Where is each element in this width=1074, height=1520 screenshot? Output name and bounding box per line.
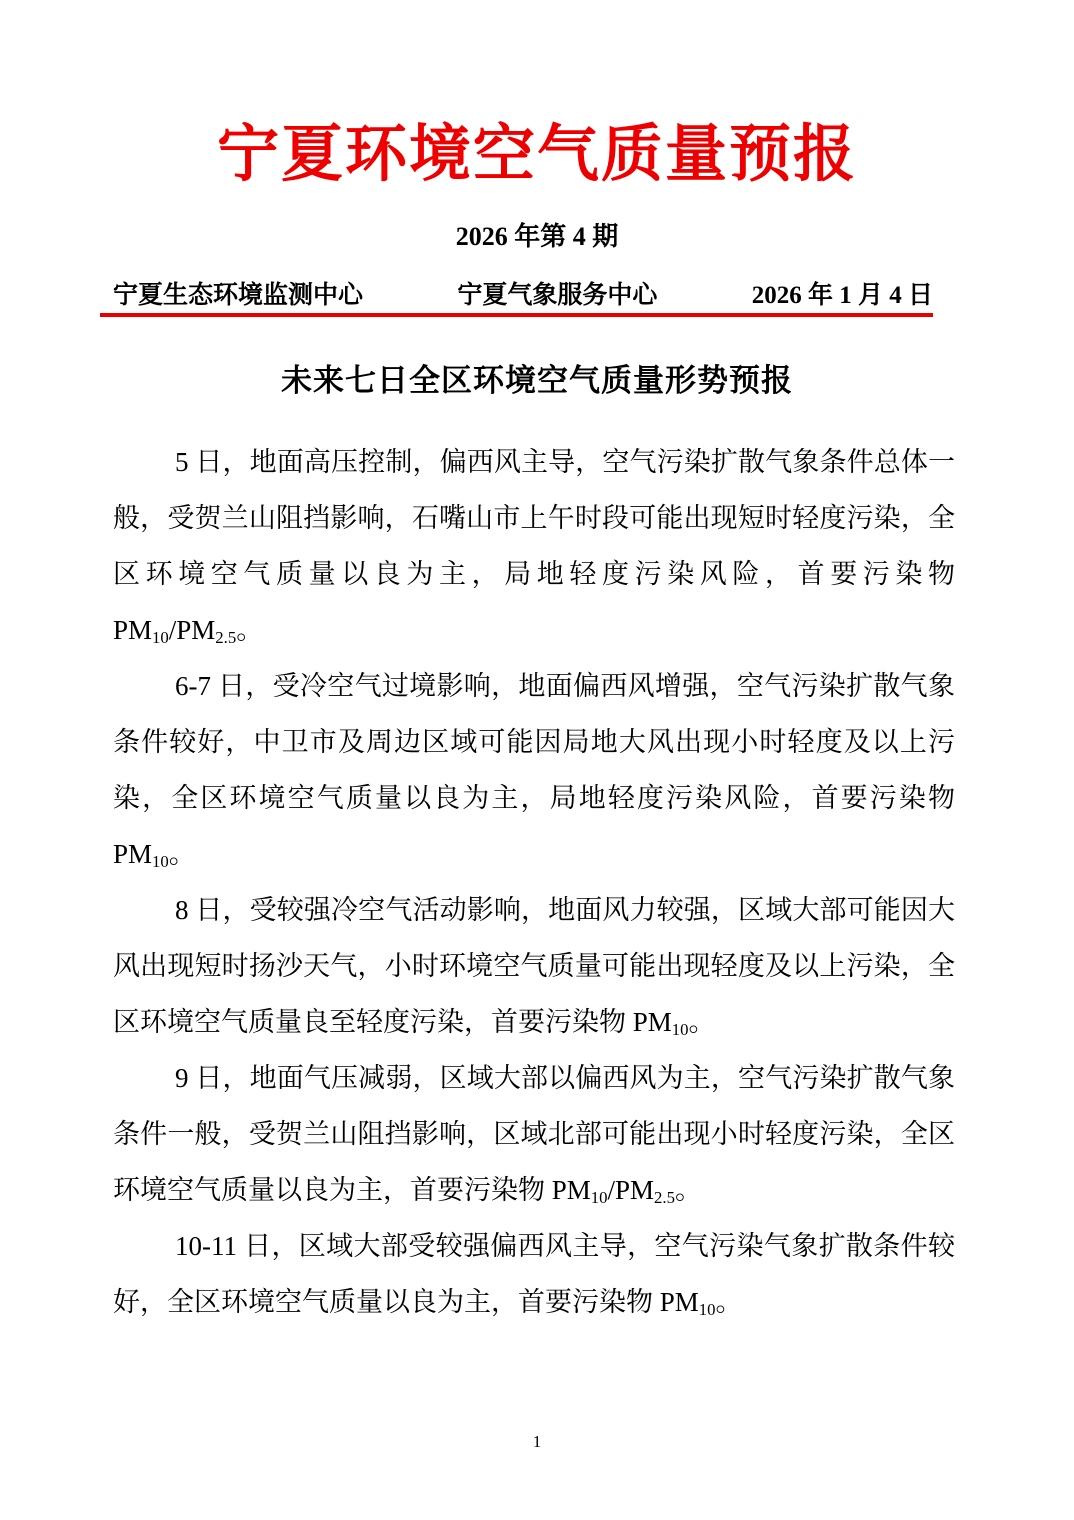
forecast-paragraph: 10-11 日，区域大部受较强偏西风主导，空气污染气象扩散条件较好，全区环境空气… xyxy=(113,1218,955,1330)
pm-subscript: 10 xyxy=(672,1020,689,1039)
pm-subscript: 2.5 xyxy=(654,1188,675,1207)
issuer-monitoring-center: 宁夏生态环境监测中心 xyxy=(113,279,363,311)
issuer-weather-service-center: 宁夏气象服务中心 xyxy=(457,279,657,311)
pm-subscript: 10 xyxy=(699,1300,716,1319)
forecast-paragraph: 6-7 日，受冷空气过境影响，地面偏西风增强，空气污染扩散气象条件较好，中卫市及… xyxy=(113,658,955,882)
pm-subscript: 10 xyxy=(152,852,169,871)
document-page: 宁夏环境空气质量预报 2026 年第 4 期 宁夏生态环境监测中心 宁夏气象服务… xyxy=(0,0,1074,1520)
document-title: 宁夏环境空气质量预报 xyxy=(0,112,1074,198)
pm-subscript: 2.5 xyxy=(215,628,236,647)
masthead-row: 宁夏生态环境监测中心 宁夏气象服务中心 2026 年 1 月 4 日 xyxy=(113,279,933,312)
forecast-paragraphs: 5 日，地面高压控制，偏西风主导，空气污染扩散气象条件总体一般，受贺兰山阻挡影响… xyxy=(113,434,955,1330)
section-title: 未来七日全区环境空气质量形势预报 xyxy=(0,360,1074,402)
issue-number: 2026 年第 4 期 xyxy=(0,220,1074,254)
issue-date: 2026 年 1 月 4 日 xyxy=(752,280,933,312)
page-number: 1 xyxy=(0,1431,1074,1453)
pm-subscript: 10 xyxy=(152,628,169,647)
pm-subscript: 10 xyxy=(591,1188,608,1207)
forecast-paragraph: 5 日，地面高压控制，偏西风主导，空气污染扩散气象条件总体一般，受贺兰山阻挡影响… xyxy=(113,434,955,658)
red-divider-rule xyxy=(100,313,933,317)
forecast-paragraph: 8 日，受较强冷空气活动影响，地面风力较强，区域大部可能因大风出现短时扬沙天气，… xyxy=(113,882,955,1050)
forecast-paragraph: 9 日，地面气压减弱，区域大部以偏西风为主，空气污染扩散气象条件一般，受贺兰山阻… xyxy=(113,1050,955,1218)
